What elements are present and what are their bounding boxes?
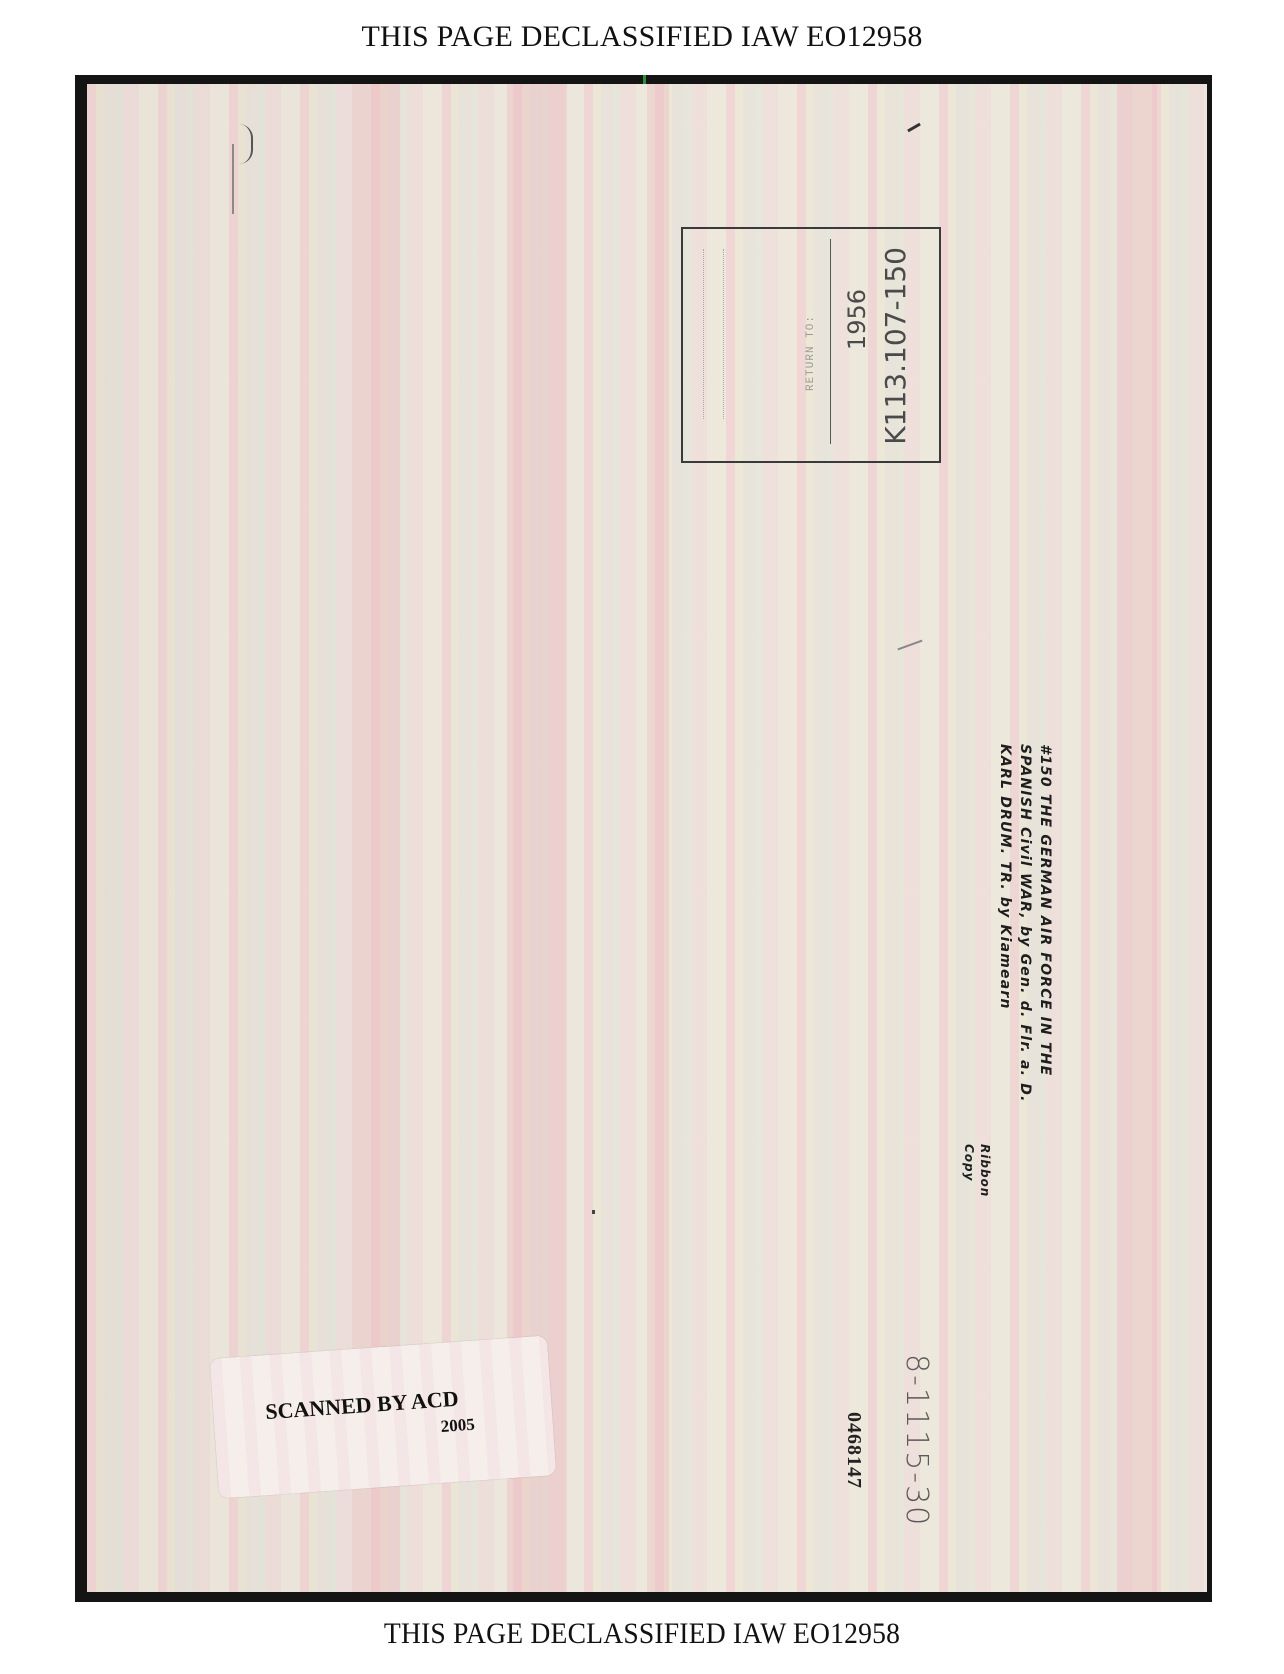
stamp-faint-heading: RETURN TO: bbox=[805, 315, 817, 391]
scan-artifact bbox=[643, 75, 646, 84]
archive-stamp-box: K113.107-150 1956 RETURN TO: bbox=[681, 227, 941, 463]
serial-number: 0468147 bbox=[842, 1412, 865, 1489]
stamp-call-number: K113.107-150 bbox=[879, 247, 912, 445]
declassification-banner-bottom: THIS PAGE DECLASSIFIED IAW EO12958 bbox=[51, 1617, 1232, 1651]
pencil-mark bbox=[232, 144, 234, 214]
ribbon-copy-note: Ribbon Copy bbox=[961, 1144, 993, 1197]
handwritten-title-note: #150 THE GERMAN AIR FORCE IN THE SPANISH… bbox=[995, 744, 1055, 1103]
note-line-2: SPANISH Civil WAR, by Gen. d. Flr. a. D. bbox=[1015, 744, 1035, 1103]
pencil-mark bbox=[237, 124, 253, 164]
paper-sheet: K113.107-150 1956 RETURN TO: #150 THE GE… bbox=[87, 84, 1207, 1592]
stamp-faint-lines bbox=[723, 249, 724, 419]
stamp-year: 1956 bbox=[843, 289, 871, 350]
scanned-by-year: 2005 bbox=[440, 1415, 475, 1437]
note-line-3: KARL DRUM. TR. by Kiamearn bbox=[995, 744, 1015, 1103]
pencil-mark bbox=[907, 123, 921, 133]
stamp-divider bbox=[830, 239, 831, 444]
stamp-faint-lines bbox=[703, 249, 704, 419]
pencil-mark bbox=[897, 640, 922, 651]
scanned-by-title: SCANNED BY ACD bbox=[264, 1386, 459, 1425]
reference-number: 8-1115-30 bbox=[899, 1354, 934, 1527]
ink-dot bbox=[592, 1210, 595, 1214]
ribbon-word: Ribbon bbox=[977, 1144, 993, 1197]
copy-word: Copy bbox=[961, 1144, 977, 1197]
scanned-page: K113.107-150 1956 RETURN TO: #150 THE GE… bbox=[75, 75, 1212, 1602]
note-line-1: #150 THE GERMAN AIR FORCE IN THE bbox=[1035, 744, 1055, 1103]
scan-streak bbox=[1117, 84, 1157, 1592]
scan-streak bbox=[647, 84, 669, 1592]
scanned-by-label: SCANNED BY ACD 2005 bbox=[210, 1335, 557, 1498]
declassification-banner-top: THIS PAGE DECLASSIFIED IAW EO12958 bbox=[0, 20, 1284, 54]
